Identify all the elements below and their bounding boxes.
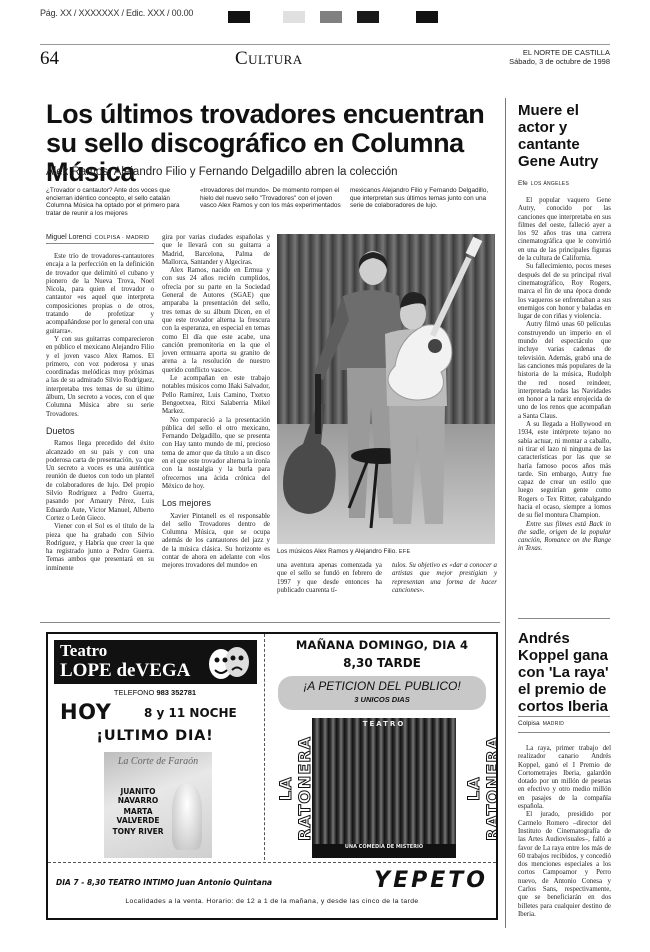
body-column-3: una aventura apenas comenzada ya que el …: [277, 562, 382, 595]
body-column-1: Este trío de trovadores-cantautores enca…: [46, 253, 154, 573]
side-headline-andres-koppel: Andrés Koppel gana con 'La raya' el prem…: [518, 630, 610, 715]
lead-col-1: ¿Trovador o cantautor? Ante dos voces qu…: [46, 187, 196, 217]
ad-divider-horizontal: [48, 862, 496, 863]
body-column-2: gira por varias ciudades españolas y que…: [162, 234, 270, 571]
photo-credit: EFE: [399, 549, 411, 555]
paragraph: No compareció a la presentación pública …: [162, 417, 270, 492]
color-swatch-black-registration: [228, 11, 250, 23]
phone-label: TELEFONO: [114, 688, 154, 697]
theatre-name-line-1: Teatro: [60, 642, 107, 660]
lead-col-3: mexicanos Alejandro Filio y Fernando Del…: [350, 187, 500, 210]
today-label: HOY: [60, 700, 111, 724]
paragraph: Y con sus guitarras comparecieron en púb…: [46, 336, 154, 419]
paragraph: El popular vaquero Gene Autry, conocido …: [518, 197, 611, 263]
paragraph: Su fallecimiento, pocos meses después de…: [518, 263, 611, 321]
by-request-banner: ¡A PETICION DEL PUBLICO! 3 UNICOS DIAS: [278, 676, 486, 710]
color-swatch-mid-gray: [320, 11, 342, 23]
tomorrow-showtime: 8,30 TARDE: [266, 656, 498, 670]
masthead-info: EL NORTE DE CASTILLA Sábado, 3 de octubr…: [480, 48, 610, 66]
poster-title: La Corte de Faraón: [104, 756, 212, 767]
cast-member: MARTA VALVERDE: [109, 808, 167, 825]
yepeto-row: DIA 7 - 8,30 TEATRO INTIMO Juan Antonio …: [48, 868, 496, 894]
header-rule: [40, 44, 610, 45]
cast-member: TONY RIVER: [109, 828, 167, 837]
lead-col-2: «trovadores del mundo». De momento rompe…: [200, 187, 350, 210]
paragraph: Xavier Pintanell es el responsable del s…: [162, 513, 270, 571]
la-ratonera-poster: TEATRO UNA COMEDIA DE MISTERIO: [312, 718, 456, 858]
side-byline-1: EfeLOS ÁNGELES: [518, 180, 610, 187]
side-headline-gene-autry: Muere el actor y cantante Gene Autry: [518, 102, 610, 170]
side-byline-2: ColpisaMADRID: [518, 720, 610, 727]
cast-member: JUANITO NAVARRO: [109, 788, 167, 805]
poster-header: TEATRO: [312, 720, 456, 728]
main-byline: Miguel LorenciCOLPISA · MADRID: [46, 234, 154, 244]
la-corte-de-faraon-poster: La Corte de Faraón JUANITO NAVARRO MARTA…: [104, 752, 212, 858]
paragraph: Autry filmó unas 60 películas construyen…: [518, 321, 611, 421]
paragraph: gira por varias ciudades españolas y que…: [162, 234, 270, 267]
paragraph: La raya, primer trabajo del realizador c…: [518, 745, 611, 811]
side-article-separator: [518, 618, 610, 619]
paragraph: una aventura apenas comenzada ya que el …: [277, 562, 382, 595]
article-bottom-rule: [40, 622, 500, 623]
byline-author: Efe: [518, 180, 528, 187]
paragraph: Alex Ramos, nacido en Ermua y con sus 24…: [162, 267, 270, 375]
day7-showing: DIA 7 - 8,30 TEATRO INTIMO Juan Antonio …: [56, 878, 272, 887]
body-column-4: tulos. Su objetivo es «dar a conocer a a…: [392, 562, 497, 595]
newspaper-name: EL NORTE DE CASTILLA: [480, 48, 610, 57]
paragraph: Entre sus filmes está Back in the sadle,…: [518, 521, 611, 554]
tomorrow-label: MAÑANA DOMINGO, DIA 4: [266, 638, 498, 652]
byline-agency: COLPISA · MADRID: [95, 235, 150, 241]
phone-line: TELEFONO 983 352781: [48, 688, 262, 697]
theatre-logo-banner: Teatro LOPE deVEGA: [54, 640, 257, 684]
paragraph: Este trío de trovadores-cantautores enca…: [46, 253, 154, 336]
theatre-masks-icon: [205, 642, 253, 682]
today-showtimes: 8 y 11 NOCHE: [144, 706, 237, 720]
lope-de-vega-panel: Teatro LOPE deVEGA TELEFONO 983 352781 H…: [48, 634, 262, 860]
issue-date: Sábado, 3 de octubre de 1998: [480, 57, 610, 66]
musicians-photo: [277, 234, 495, 544]
paragraph: Ramos llega precedido del éxito alcanzad…: [46, 440, 154, 523]
ticket-info: Localidades a la venta. Horario: de 12 a…: [48, 898, 496, 905]
poster-figure-icon: [172, 784, 202, 850]
poster-cast: JUANITO NAVARRO MARTA VALVERDE TONY RIVE…: [109, 788, 167, 837]
phone-number: 983 352781: [156, 688, 196, 697]
side-article-2-body: La raya, primer trabajo del realizador c…: [518, 745, 611, 919]
byline-rule-top: [518, 716, 610, 717]
byline-rule-bottom: [518, 732, 610, 733]
byline-agency: LOS ÁNGELES: [531, 181, 569, 187]
crosshead-duetos: Duetos: [46, 427, 154, 435]
byline-agency: MADRID: [543, 721, 565, 727]
right-column-rule: [505, 98, 506, 928]
show-title-right: LA RATONERA: [464, 722, 490, 856]
crosshead-los-mejores: Los mejores: [162, 499, 270, 507]
color-swatch-light-gray: [283, 11, 305, 23]
main-subheadline: Alex Ramos, Alejandro Filio y Fernando D…: [46, 166, 496, 178]
color-swatch-dark: [357, 11, 379, 23]
byline-author: Miguel Lorenci: [46, 234, 92, 241]
la-ratonera-panel: MAÑANA DOMINGO, DIA 4 8,30 TARDE ¡A PETI…: [266, 634, 498, 860]
paragraph: El jurado, presidido por Carmelo Romero …: [518, 811, 611, 919]
last-day-label: ¡ULTIMO DIA!: [48, 728, 262, 744]
by-request-label: ¡A PETICION DEL PUBLICO!: [278, 676, 486, 694]
caption-text: Los músicos Alex Ramos y Alejandro Filio…: [277, 548, 397, 555]
yepeto-title: YEPETO: [374, 868, 488, 893]
paragraph: A su llegada a Hollywood en 1934, este i…: [518, 421, 611, 521]
musicians-figure-icon: [277, 234, 495, 544]
show-title-left: LA RATONERA: [276, 722, 302, 856]
color-swatch-black-registration-2: [416, 11, 438, 23]
print-slug: Pág. XX / XXXXXXX / Edic. XXX / 00.00: [40, 8, 193, 18]
paragraph: tulos. Su objetivo es «dar a conocer a a…: [392, 562, 497, 595]
ad-divider-vertical: [264, 634, 265, 860]
byline-author: Colpisa: [518, 720, 540, 727]
photo-caption: Los músicos Alex Ramos y Alejandro Filio…: [277, 548, 495, 555]
side-article-1-body: El popular vaquero Gene Autry, conocido …: [518, 197, 611, 554]
page-number: 64: [40, 48, 59, 70]
paragraph: Le acompañan en este trabajo notables mú…: [162, 375, 270, 416]
three-days-label: 3 UNICOS DIAS: [278, 694, 486, 706]
paragraph: Viener con el Sol es el título de la pie…: [46, 523, 154, 573]
theatre-name-line-2: LOPE deVEGA: [60, 660, 190, 682]
theatre-advertisement: Teatro LOPE deVEGA TELEFONO 983 352781 H…: [46, 632, 498, 920]
section-title: Cultura: [235, 48, 303, 70]
poster-tagline: UNA COMEDIA DE MISTERIO: [312, 844, 456, 858]
